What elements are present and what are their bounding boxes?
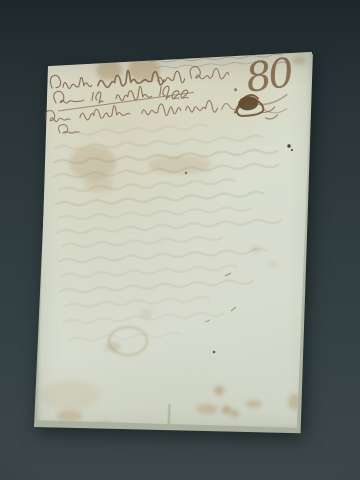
photo-vignette <box>0 0 360 480</box>
photo-of-manuscript: 80 <box>0 0 360 480</box>
